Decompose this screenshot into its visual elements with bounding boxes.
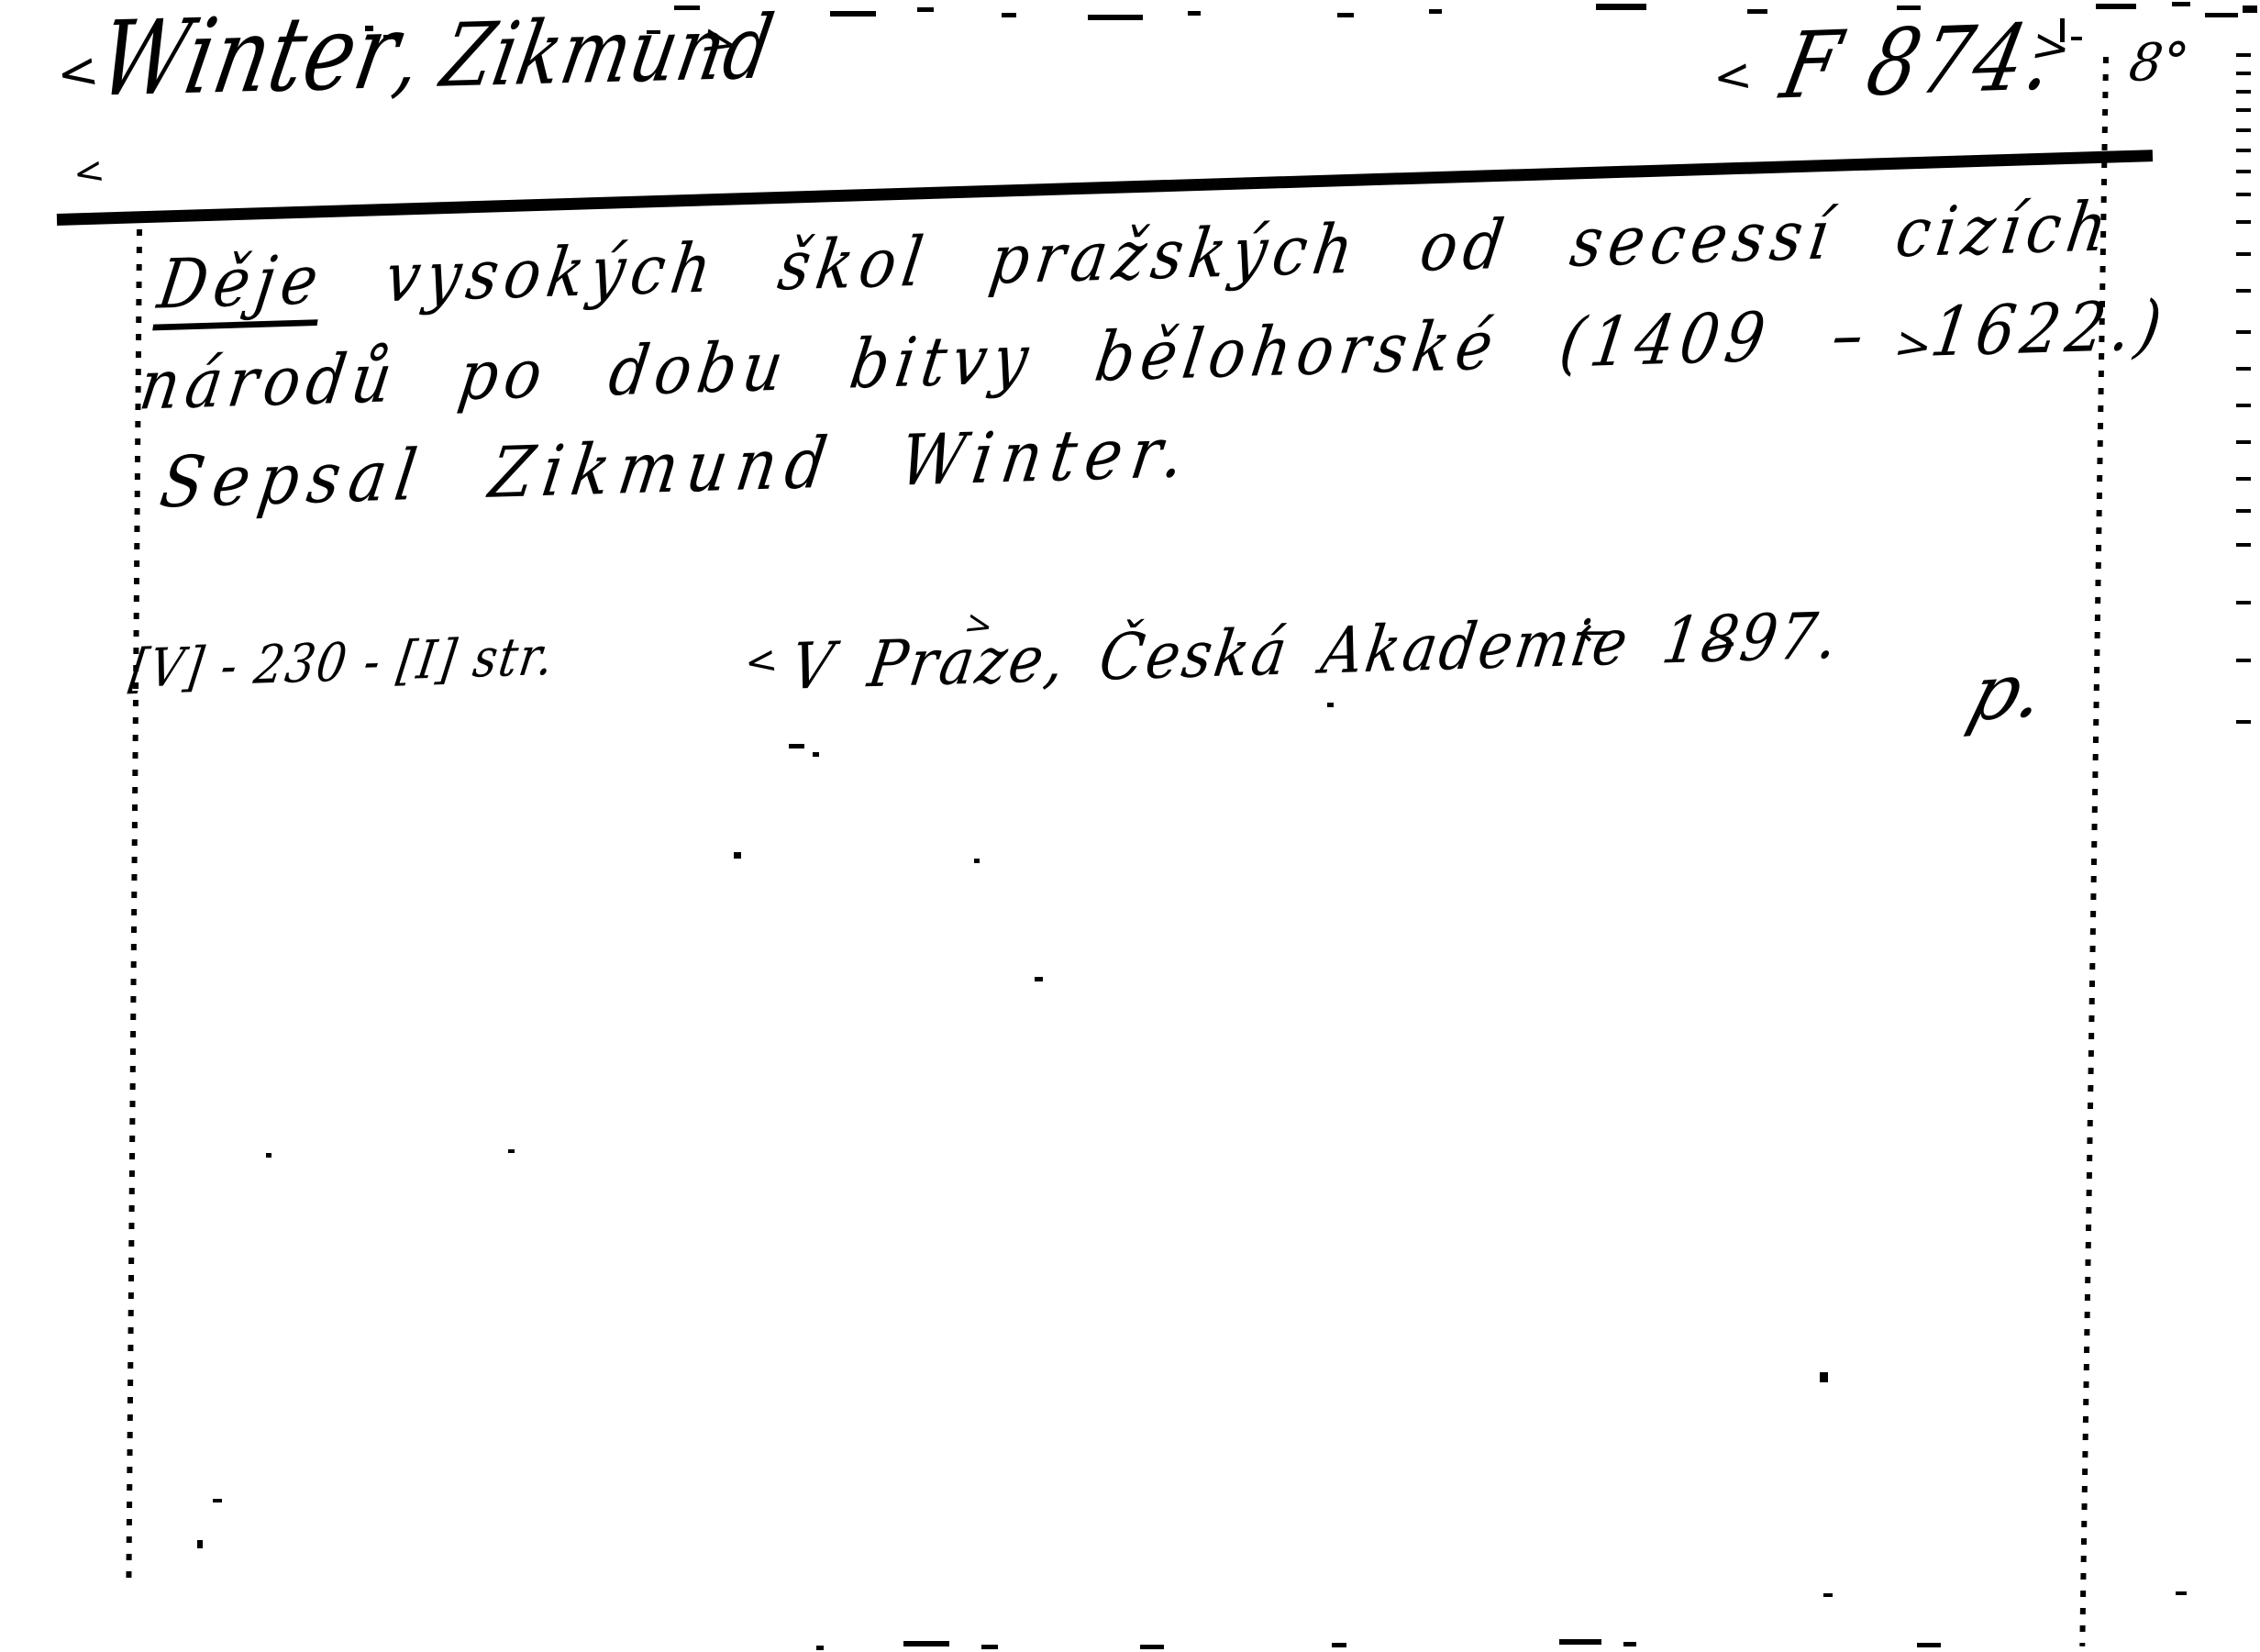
scan-noise [266, 1153, 271, 1158]
scan-noise [1088, 15, 1143, 20]
scan-noise [1332, 1643, 1346, 1647]
insertion-mark-before-call: < [1712, 51, 1755, 101]
scan-edge-tick [2236, 128, 2251, 132]
scan-noise [903, 1641, 949, 1646]
scan-noise [2205, 13, 2238, 17]
scan-edge-tick [2236, 72, 2251, 75]
collation-statement: [V] - 230 - [I] str. [127, 629, 559, 695]
scan-noise [508, 1149, 515, 1153]
scan-noise [1820, 1372, 1828, 1382]
catalog-card: < Winter, Zikmund > < F 874. > 8° < Děje… [0, 0, 2260, 1652]
scan-edge-tick [2236, 330, 2251, 334]
scan-noise [1823, 1593, 1833, 1597]
scan-edge-tick [2236, 720, 2251, 724]
scan-noise [1002, 13, 1016, 17]
left-margin-dotted-line [126, 229, 142, 1580]
scan-edge-tick [2236, 108, 2251, 112]
scan-edge-tick [2236, 440, 2251, 444]
margin-left-mark: < [71, 151, 107, 193]
insertion-mark-before-imprint: < [742, 640, 780, 682]
scan-edge-tick [2236, 509, 2251, 513]
scan-noise [197, 1540, 203, 1548]
imprint-statement: V Praze, Česká Akademie 1897. [787, 604, 1845, 699]
scan-noise [813, 752, 819, 757]
call-number: F 874. [1775, 11, 2066, 112]
scan-noise [1035, 977, 1043, 981]
scan-noise [674, 6, 700, 10]
scan-noise [981, 1645, 998, 1649]
scan-edge-tick [2236, 404, 2251, 407]
scan-noise [2096, 4, 2136, 9]
scan-noise [2172, 2, 2190, 6]
scan-noise [1429, 9, 1442, 14]
scan-edge-tick [2236, 220, 2251, 224]
scan-edge-tick [2236, 170, 2251, 173]
author-surname: Winter [90, 0, 408, 120]
scan-noise [1897, 6, 1921, 10]
format-statement: 8° [2126, 36, 2192, 90]
heading-author: Winter, Zikmund [92, 0, 782, 112]
scan-noise [383, 35, 391, 39]
scan-edge-tick [2236, 193, 2251, 196]
scan-edge-tick [2236, 90, 2251, 94]
scan-noise [1559, 1639, 1601, 1645]
scan-noise [917, 7, 934, 12]
scan-noise [1623, 1642, 1636, 1646]
annotation-mark: p. [1961, 652, 2055, 734]
scan-edge-tick [2236, 659, 2251, 662]
insertion-mark-before-year: > [1701, 619, 1741, 665]
scan-edge-tick [2236, 252, 2251, 256]
scan-noise [647, 30, 660, 34]
scan-noise [2071, 37, 2082, 40]
scan-edge-tick [2236, 149, 2251, 152]
insertion-mark-after-title: > [1891, 320, 1935, 370]
scan-noise [1337, 13, 1354, 17]
scan-edge-tick [2236, 53, 2251, 57]
scan-noise [1596, 4, 1646, 10]
scan-noise [1917, 1643, 1941, 1647]
scan-noise [830, 11, 876, 17]
scan-noise [789, 744, 804, 748]
scan-edge-tick [2236, 367, 2251, 371]
left-arrow-mark: ← [1579, 613, 1613, 653]
scan-noise [2060, 18, 2065, 42]
scan-noise [1188, 11, 1201, 16]
scan-noise [1327, 703, 1334, 707]
title-underlined-word: Děje [153, 240, 329, 325]
scan-noise [2243, 6, 2257, 13]
scan-noise [816, 1646, 824, 1650]
scan-noise [1140, 1645, 1164, 1649]
insertion-mark-after-call: > [2029, 21, 2073, 72]
scan-edge-tick [2236, 289, 2251, 293]
scan-edge-tick [2236, 543, 2251, 547]
scan-edge-tick [2236, 477, 2251, 481]
scan-noise [1747, 9, 1767, 14]
scan-noise [365, 26, 373, 31]
statement-of-responsibility: Sepsal Zikmund Winter. [156, 418, 1198, 519]
scan-noise [734, 852, 741, 859]
scan-noise [2176, 1591, 2187, 1595]
scan-noise [974, 859, 980, 863]
scan-noise [213, 1499, 222, 1502]
scan-edge-tick [2236, 601, 2251, 604]
